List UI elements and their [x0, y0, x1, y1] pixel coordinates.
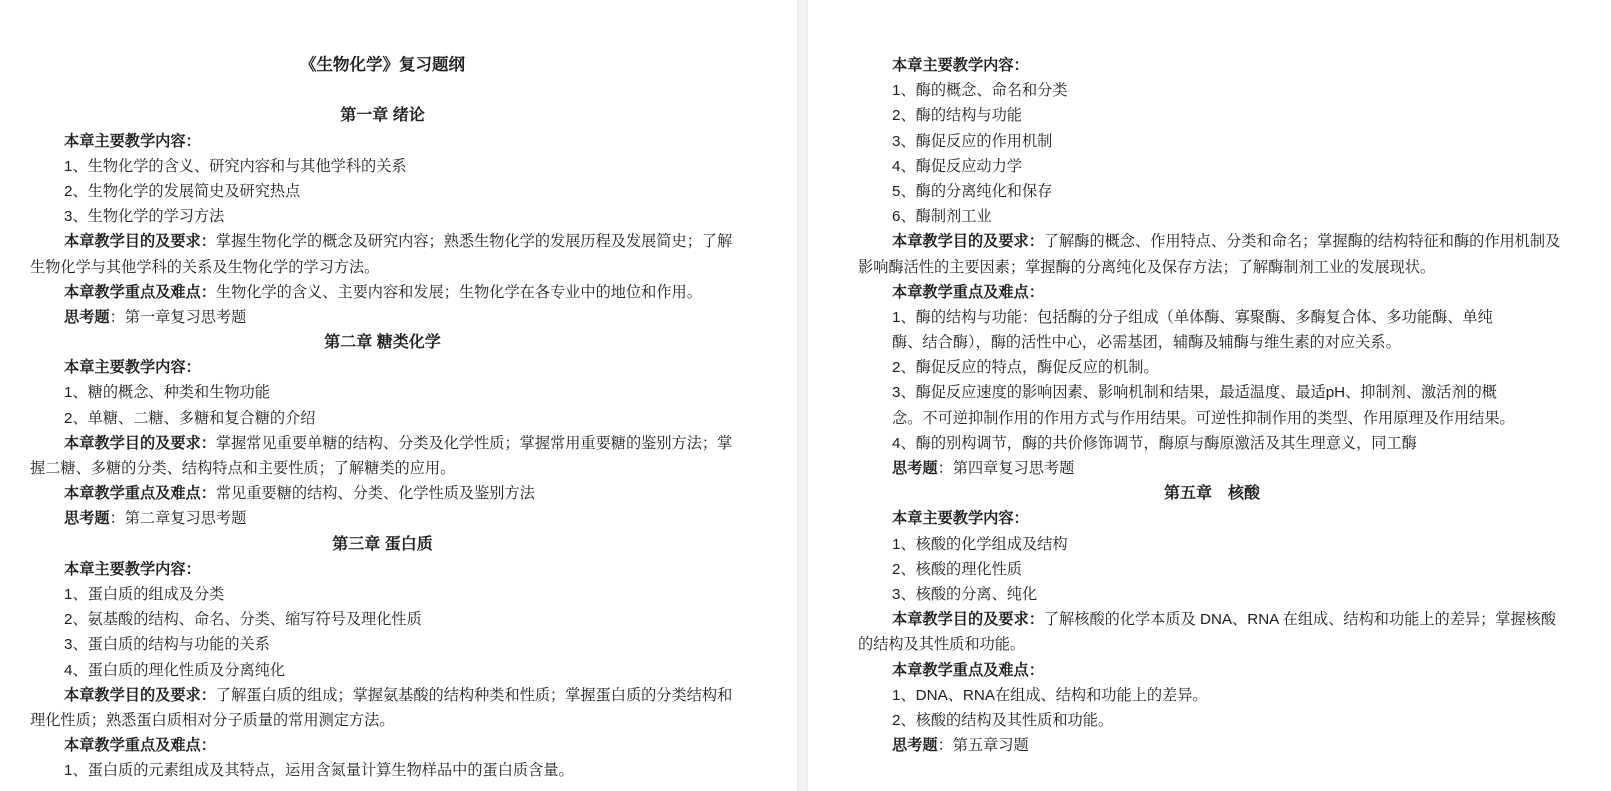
text-run: 了解酶的概念、作用特点、分类和命名；掌握酶的结构特征和酶的作用机制及	[1044, 233, 1560, 250]
bold-label: 本章教学目的及要求：	[892, 233, 1044, 250]
bold-label: 本章教学目的及要求：	[64, 435, 216, 452]
text-line: 1、生物化学的含义、研究内容和与其他学科的关系	[30, 154, 735, 179]
doc-title: 《生物化学》复习题纲	[30, 53, 735, 78]
text-line: 酶、结合酶），酶的活性中心，必需基团，辅酶及辅酶与维生素的对应关系。	[858, 330, 1566, 355]
text-run: 4、蛋白质的理化性质及分离纯化	[64, 662, 285, 679]
text-line: 本章教学重点及难点：	[858, 658, 1566, 683]
text-run: ：第五章习题	[938, 737, 1029, 754]
text-run: 1、核酸的化学组成及结构	[892, 536, 1068, 553]
bold-label: 思考题	[64, 510, 110, 527]
bold-label: 本章教学目的及要求：	[64, 233, 216, 250]
text-run: 生物化学与其他学科的关系及生物化学的学习方法。	[30, 259, 379, 276]
text-line: 2、氨基酸的结构、命名、分类、缩写符号及理化性质	[30, 607, 735, 632]
text-line: 6、酶制剂工业	[858, 204, 1566, 229]
text-line: 1、DNA、RNA在组成、结构和功能上的差异。	[858, 683, 1566, 708]
text-run: 3、生物化学的学习方法	[64, 208, 224, 225]
text-run: 影响酶活性的主要因素；掌握酶的分离纯化及保存方法；了解酶制剂工业的发展现状。	[858, 259, 1435, 276]
text-line: 2、核酸的结构及其性质和功能。	[858, 708, 1566, 733]
text-line: 1、酶的概念、命名和分类	[858, 78, 1566, 103]
text-run: 1、蛋白质的元素组成及其特点，运用含氮量计算生物样品中的蛋白质含量。	[64, 762, 574, 779]
text-line: 3、酶促反应速度的影响因素、影响机制和结果，最适温度、最适pH、抑制剂、激活剂的…	[858, 380, 1566, 405]
page-2[interactable]: 本章主要教学内容：1、酶的概念、命名和分类2、酶的结构与功能3、酶促反应的作用机…	[808, 0, 1611, 791]
text-line: 本章教学重点及难点：	[30, 733, 735, 758]
text-run: ：第一章复习思考题	[110, 309, 247, 326]
chapter-heading: 第二章 糖类化学	[30, 330, 735, 355]
text-line: 4、酶促反应动力学	[858, 154, 1566, 179]
text-run: 4、酶促反应动力学	[892, 158, 1022, 175]
text-run: 3、酶促反应速度的影响因素、影响机制和结果，最适温度、最适pH、抑制剂、激活剂的…	[892, 384, 1497, 401]
text-line: 生物化学与其他学科的关系及生物化学的学习方法。	[30, 255, 735, 280]
text-run: 3、酶促反应的作用机制	[892, 133, 1052, 150]
text-line: 握二糖、多糖的分类、结构特点和主要性质；了解糖类的应用。	[30, 456, 735, 481]
text-run: 2、氨基酸的结构、命名、分类、缩写符号及理化性质	[64, 611, 422, 628]
bold-label: 思考题	[892, 737, 938, 754]
text-run: 念。不可逆抑制作用的作用方式与作用结果。可逆性抑制作用的类型、作用原理及作用结果…	[892, 410, 1515, 427]
text-line: 4、蛋白质的理化性质及分离纯化	[30, 658, 735, 683]
text-run: ：第二章复习思考题	[110, 510, 247, 527]
text-line: 本章主要教学内容：	[858, 53, 1566, 78]
text-run: 2、生物化学的发展简史及研究热点	[64, 183, 300, 200]
text-line: 2、单糖、二糖、多糖和复合糖的介绍	[30, 406, 735, 431]
text-run: 了解蛋白质的组成；掌握氨基酸的结构种类和性质；掌握蛋白质的分类结构和	[216, 687, 732, 704]
text-line: 思考题：第一章复习思考题	[30, 305, 735, 330]
text-run: 握二糖、多糖的分类、结构特点和主要性质；了解糖类的应用。	[30, 460, 455, 477]
text-run: 2、核酸的结构及其性质和功能。	[892, 712, 1113, 729]
bold-label: 本章主要教学内容：	[64, 561, 201, 578]
text-line: 本章教学目的及要求：了解核酸的化学本质及 DNA、RNA 在组成、结构和功能上的…	[858, 607, 1566, 632]
text-run: 1、糖的概念、种类和生物功能	[64, 384, 270, 401]
text-run: 4、酶的别构调节，酶的共价修饰调节，酶原与酶原激活及其生理意义，同工酶	[892, 435, 1417, 452]
bold-label: 本章教学目的及要求：	[892, 611, 1044, 628]
bold-label: 本章主要教学内容：	[64, 359, 201, 376]
text-line: 本章教学重点及难点：生物化学的含义、主要内容和发展；生物化学在各专业中的地位和作…	[30, 280, 735, 305]
text-line: 1、糖的概念、种类和生物功能	[30, 380, 735, 405]
text-run: 5、酶的分离纯化和保存	[892, 183, 1052, 200]
text-line: 3、酶促反应的作用机制	[858, 129, 1566, 154]
text-run: 生物化学的含义、主要内容和发展；生物化学在各专业中的地位和作用。	[216, 284, 702, 301]
text-line: 本章教学重点及难点：	[858, 280, 1566, 305]
bold-label: 本章教学重点及难点：	[892, 284, 1044, 301]
text-run: 2、酶促反应的特点，酶促反应的机制。	[892, 359, 1159, 376]
text-line: 念。不可逆抑制作用的作用方式与作用结果。可逆性抑制作用的类型、作用原理及作用结果…	[858, 406, 1566, 431]
bold-label: 思考题	[892, 460, 938, 477]
text-line: 理化性质；熟悉蛋白质相对分子质量的常用测定方法。	[30, 708, 735, 733]
text-line: 思考题：第二章复习思考题	[30, 506, 735, 531]
text-line: 2、酶促反应的特点，酶促反应的机制。	[858, 355, 1566, 380]
text-line: 2、酶的结构与功能	[858, 103, 1566, 128]
text-line: 1、蛋白质的元素组成及其特点，运用含氮量计算生物样品中的蛋白质含量。	[30, 758, 735, 783]
text-line: 本章教学重点及难点：常见重要糖的结构、分类、化学性质及鉴别方法	[30, 481, 735, 506]
text-line: 本章主要教学内容：	[30, 355, 735, 380]
text-run: 了解核酸的化学本质及 DNA、RNA 在组成、结构和功能上的差异；掌握核酸	[1044, 611, 1556, 628]
text-run: 1、生物化学的含义、研究内容和与其他学科的关系	[64, 158, 407, 175]
bold-label: 本章主要教学内容：	[892, 57, 1029, 74]
page-1[interactable]: 《生物化学》复习题纲 第一章 绪论本章主要教学内容：1、生物化学的含义、研究内容…	[0, 0, 797, 791]
text-run: 的结构及其性质和功能。	[858, 636, 1025, 653]
text-run: 掌握常见重要单糖的结构、分类及化学性质；掌握常用重要糖的鉴别方法；掌	[216, 435, 732, 452]
bold-label: 本章教学重点及难点：	[64, 485, 216, 502]
bold-label: 本章教学目的及要求：	[64, 687, 216, 704]
text-line: 思考题：第四章复习思考题	[858, 456, 1566, 481]
text-line: 思考题：第五章习题	[858, 733, 1566, 758]
text-line: 1、蛋白质的组成及分类	[30, 582, 735, 607]
page-2-content: 本章主要教学内容：1、酶的概念、命名和分类2、酶的结构与功能3、酶促反应的作用机…	[858, 53, 1566, 758]
text-line: 本章主要教学内容：	[858, 506, 1566, 531]
bold-label: 本章教学重点及难点：	[64, 737, 216, 754]
bold-label: 本章教学重点及难点：	[892, 662, 1044, 679]
text-run: 1、酶的概念、命名和分类	[892, 82, 1068, 99]
text-line: 2、核酸的理化性质	[858, 557, 1566, 582]
text-line: 影响酶活性的主要因素；掌握酶的分离纯化及保存方法；了解酶制剂工业的发展现状。	[858, 255, 1566, 280]
chapter-heading: 第五章 核酸	[858, 481, 1566, 506]
text-run: 1、酶的结构与功能：包括酶的分子组成（单体酶、寡聚酶、多酶复合体、多功能酶、单纯	[892, 309, 1493, 326]
text-run: 酶、结合酶），酶的活性中心，必需基团，辅酶及辅酶与维生素的对应关系。	[892, 334, 1401, 351]
bold-label: 本章主要教学内容：	[892, 510, 1029, 527]
text-run: 2、核酸的理化性质	[892, 561, 1022, 578]
text-line: 4、酶的别构调节，酶的共价修饰调节，酶原与酶原激活及其生理意义，同工酶	[858, 431, 1566, 456]
text-run: 3、核酸的分离、纯化	[892, 586, 1037, 603]
text-run: ：第四章复习思考题	[938, 460, 1075, 477]
text-line: 3、核酸的分离、纯化	[858, 582, 1566, 607]
text-line: 本章主要教学内容：	[30, 129, 735, 154]
text-run: 理化性质；熟悉蛋白质相对分子质量的常用测定方法。	[30, 712, 395, 729]
chapter-heading: 第一章 绪论	[30, 103, 735, 128]
text-line: 1、核酸的化学组成及结构	[858, 532, 1566, 557]
text-line: 本章教学目的及要求：掌握常见重要单糖的结构、分类及化学性质；掌握常用重要糖的鉴别…	[30, 431, 735, 456]
blank-line	[30, 78, 735, 103]
text-run: 2、单糖、二糖、多糖和复合糖的介绍	[64, 410, 315, 427]
text-run: 1、蛋白质的组成及分类	[64, 586, 224, 603]
chapter-heading: 第三章 蛋白质	[30, 532, 735, 557]
text-line: 本章主要教学内容：	[30, 557, 735, 582]
document-viewer[interactable]: 《生物化学》复习题纲 第一章 绪论本章主要教学内容：1、生物化学的含义、研究内容…	[0, 0, 1611, 791]
text-run: 3、蛋白质的结构与功能的关系	[64, 636, 270, 653]
page-gap	[797, 0, 808, 791]
bold-label: 思考题	[64, 309, 110, 326]
text-line: 3、生物化学的学习方法	[30, 204, 735, 229]
text-line: 5、酶的分离纯化和保存	[858, 179, 1566, 204]
page-1-content: 《生物化学》复习题纲 第一章 绪论本章主要教学内容：1、生物化学的含义、研究内容…	[30, 53, 735, 783]
bold-label: 本章主要教学内容：	[64, 133, 201, 150]
text-run: 常见重要糖的结构、分类、化学性质及鉴别方法	[216, 485, 535, 502]
text-run: 6、酶制剂工业	[892, 208, 992, 225]
text-line: 本章教学目的及要求：了解蛋白质的组成；掌握氨基酸的结构种类和性质；掌握蛋白质的分…	[30, 683, 735, 708]
text-line: 2、生物化学的发展简史及研究热点	[30, 179, 735, 204]
text-line: 的结构及其性质和功能。	[858, 632, 1566, 657]
text-run: 2、酶的结构与功能	[892, 107, 1022, 124]
text-line: 3、蛋白质的结构与功能的关系	[30, 632, 735, 657]
bold-label: 本章教学重点及难点：	[64, 284, 216, 301]
text-run: 1、DNA、RNA在组成、结构和功能上的差异。	[892, 687, 1208, 704]
text-run: 掌握生物化学的概念及研究内容；熟悉生物化学的发展历程及发展简史；了解	[216, 233, 732, 250]
text-line: 1、酶的结构与功能：包括酶的分子组成（单体酶、寡聚酶、多酶复合体、多功能酶、单纯	[858, 305, 1566, 330]
text-line: 本章教学目的及要求：掌握生物化学的概念及研究内容；熟悉生物化学的发展历程及发展简…	[30, 229, 735, 254]
text-line: 本章教学目的及要求：了解酶的概念、作用特点、分类和命名；掌握酶的结构特征和酶的作…	[858, 229, 1566, 254]
